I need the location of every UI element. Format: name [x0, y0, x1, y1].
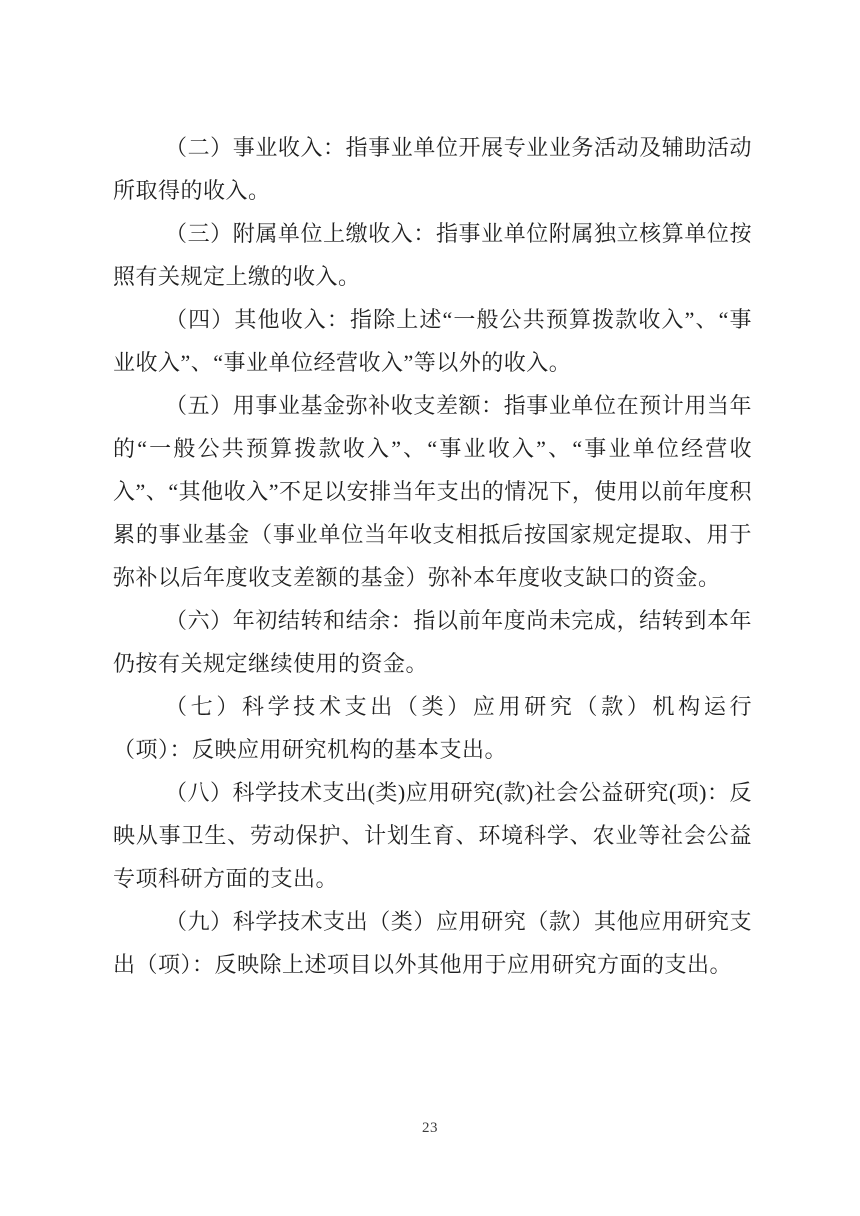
paragraph-item-7: （七）科学技术支出（类）应用研究（款）机构运行（项）：反映应用研究机构的基本支出… — [113, 685, 752, 771]
paragraph-item-6: （六）年初结转和结余：指以前年度尚未完成，结转到本年仍按有关规定继续使用的资金。 — [113, 599, 752, 685]
paragraph-item-2: （二）事业收入：指事业单位开展专业业务活动及辅助活动所取得的收入。 — [113, 126, 752, 212]
page-number: 23 — [422, 1120, 438, 1136]
page-footer: 23 — [0, 1119, 860, 1137]
paragraph-item-5: （五）用事业基金弥补收支差额：指事业单位在预计用当年的“一般公共预算拨款收入”、… — [113, 384, 752, 599]
paragraph-item-8: （八）科学技术支出(类)应用研究(款)社会公益研究(项)：反映从事卫生、劳动保护… — [113, 771, 752, 900]
paragraph-item-4: （四）其他收入：指除上述“一般公共预算拨款收入”、“事业收入”、“事业单位经营收… — [113, 298, 752, 384]
paragraph-item-9: （九）科学技术支出（类）应用研究（款）其他应用研究支出（项）：反映除上述项目以外… — [113, 900, 752, 986]
document-page: （二）事业收入：指事业单位开展专业业务活动及辅助活动所取得的收入。 （三）附属单… — [0, 0, 860, 1216]
paragraph-item-3: （三）附属单位上缴收入：指事业单位附属独立核算单位按照有关规定上缴的收入。 — [113, 212, 752, 298]
document-body: （二）事业收入：指事业单位开展专业业务活动及辅助活动所取得的收入。 （三）附属单… — [113, 126, 752, 986]
